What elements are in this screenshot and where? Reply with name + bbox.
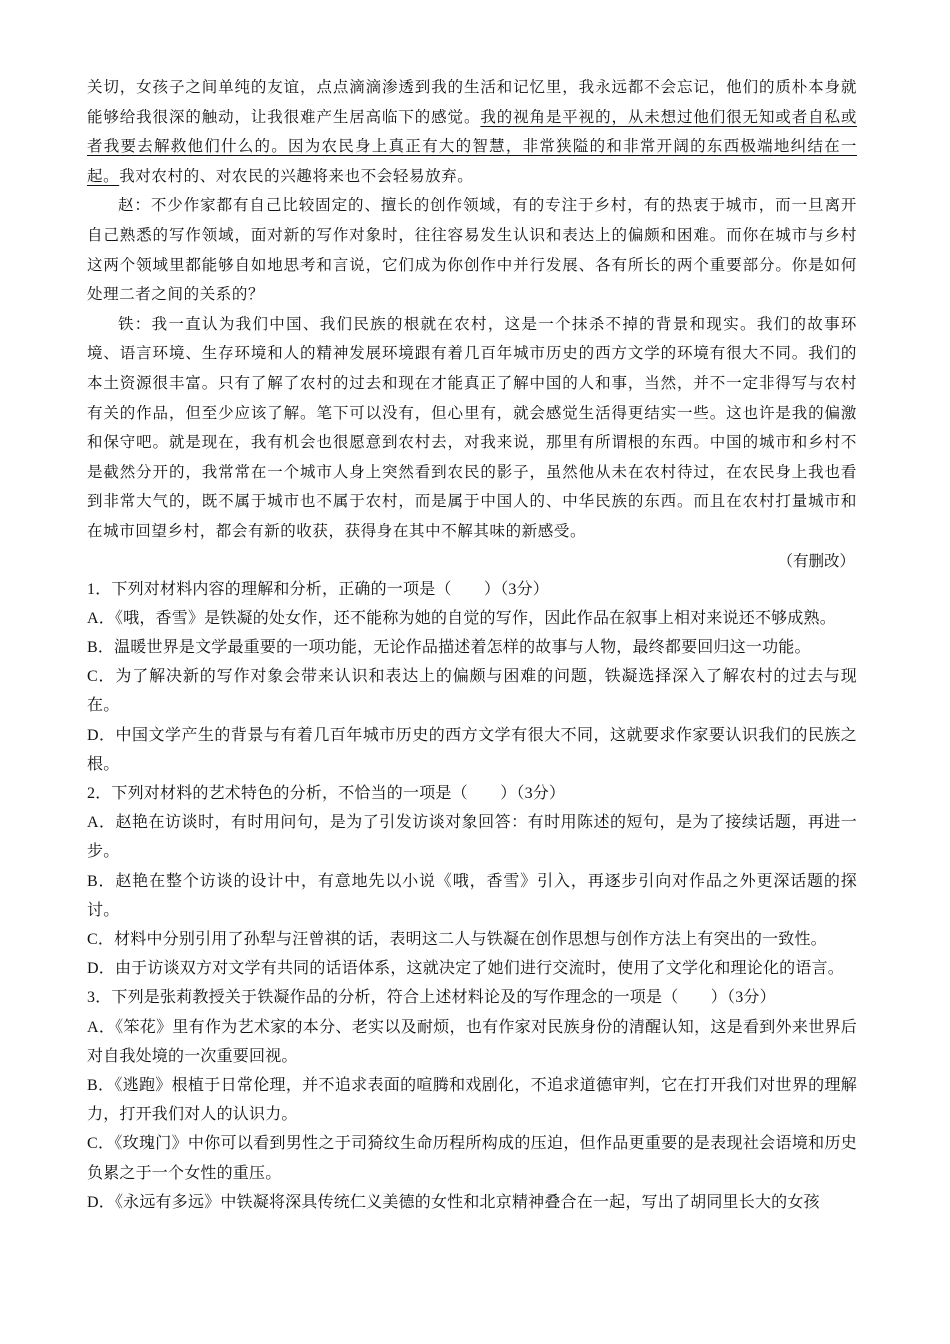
passage-text: 我对农村的、对农民的兴趣将来也不会轻易放弃。 (119, 167, 473, 185)
question-stem: 1．下列对材料内容的理解和分析，正确的一项是（ ）（3分） (87, 575, 857, 604)
option-d: D．《永远有多远》中铁凝将深具传统仁义美德的女性和北京精神叠合在一起，写出了胡同… (87, 1188, 857, 1217)
exam-page: 关切，女孩子之间单纯的友谊，点点滴滴渗透到我的生活和记忆里，我永远都不会忘记，他… (87, 73, 857, 1217)
option-c: C．材料中分别引用了孙犁与汪曾祺的话，表明这二人与铁凝在创作思想与创作方法上有突… (87, 925, 857, 954)
option-a: A．《哦，香雪》是铁凝的处女作，还不能称为她的自觉的写作，因此作品在叙事上相对来… (87, 604, 857, 633)
option-c: C．《玫瑰门》中你可以看到男性之于司猗纹生命历程所构成的压迫，但作品更重要的是表… (87, 1129, 857, 1187)
option-b: B．《逃跑》根植于日常伦理，并不追求表面的喧腾和戏剧化，不追求道德审判，它在打开… (87, 1071, 857, 1129)
interviewer-question: 赵：不少作家都有自己比较固定的、擅长的创作领域，有的专注于乡村，有的热衷于城市，… (87, 191, 857, 309)
source-note: （有删改） (87, 547, 857, 575)
question-3: 3．下列是张莉教授关于铁凝作品的分析，符合上述材料论及的写作理念的一项是（ ）（… (87, 983, 857, 1217)
option-d: D．中国文学产生的背景与有着几百年城市历史的西方文学有很大不同，这就要求作家要认… (87, 721, 857, 779)
passage-paragraph-continued: 关切，女孩子之间单纯的友谊，点点滴滴渗透到我的生活和记忆里，我永远都不会忘记，他… (87, 73, 857, 191)
option-b: B．温暖世界是文学最重要的一项功能，无论作品描述着怎样的故事与人物，最终都要回归… (87, 633, 857, 662)
option-d: D．由于访谈双方对文学有共同的话语体系，这就决定了她们进行交流时，使用了文学化和… (87, 954, 857, 983)
interviewee-answer: 铁：我一直认为我们中国、我们民族的根就在农村，这是一个抹杀不掉的背景和现实。我们… (87, 310, 857, 547)
option-a: A．赵艳在访谈时，有时用问句，是为了引发访谈对象回答：有时用陈述的短句，是为了接… (87, 808, 857, 866)
option-c: C．为了解决新的写作对象会带来认识和表达上的偏颇与困难的问题，铁凝选择深入了解农… (87, 662, 857, 720)
question-2: 2．下列对材料的艺术特色的分析，不恰当的一项是（ ）（3分） A．赵艳在访谈时，… (87, 779, 857, 983)
question-stem: 2．下列对材料的艺术特色的分析，不恰当的一项是（ ）（3分） (87, 779, 857, 808)
option-b: B．赵艳在整个访谈的设计中，有意地先以小说《哦，香雪》引入，再逐步引向对作品之外… (87, 867, 857, 925)
question-stem: 3．下列是张莉教授关于铁凝作品的分析，符合上述材料论及的写作理念的一项是（ ）（… (87, 983, 857, 1012)
option-a: A．《笨花》里有作为艺术家的本分、老实以及耐烦，也有作家对民族身份的清醒认知，这… (87, 1013, 857, 1071)
question-1: 1．下列对材料内容的理解和分析，正确的一项是（ ）（3分） A．《哦，香雪》是铁… (87, 575, 857, 779)
